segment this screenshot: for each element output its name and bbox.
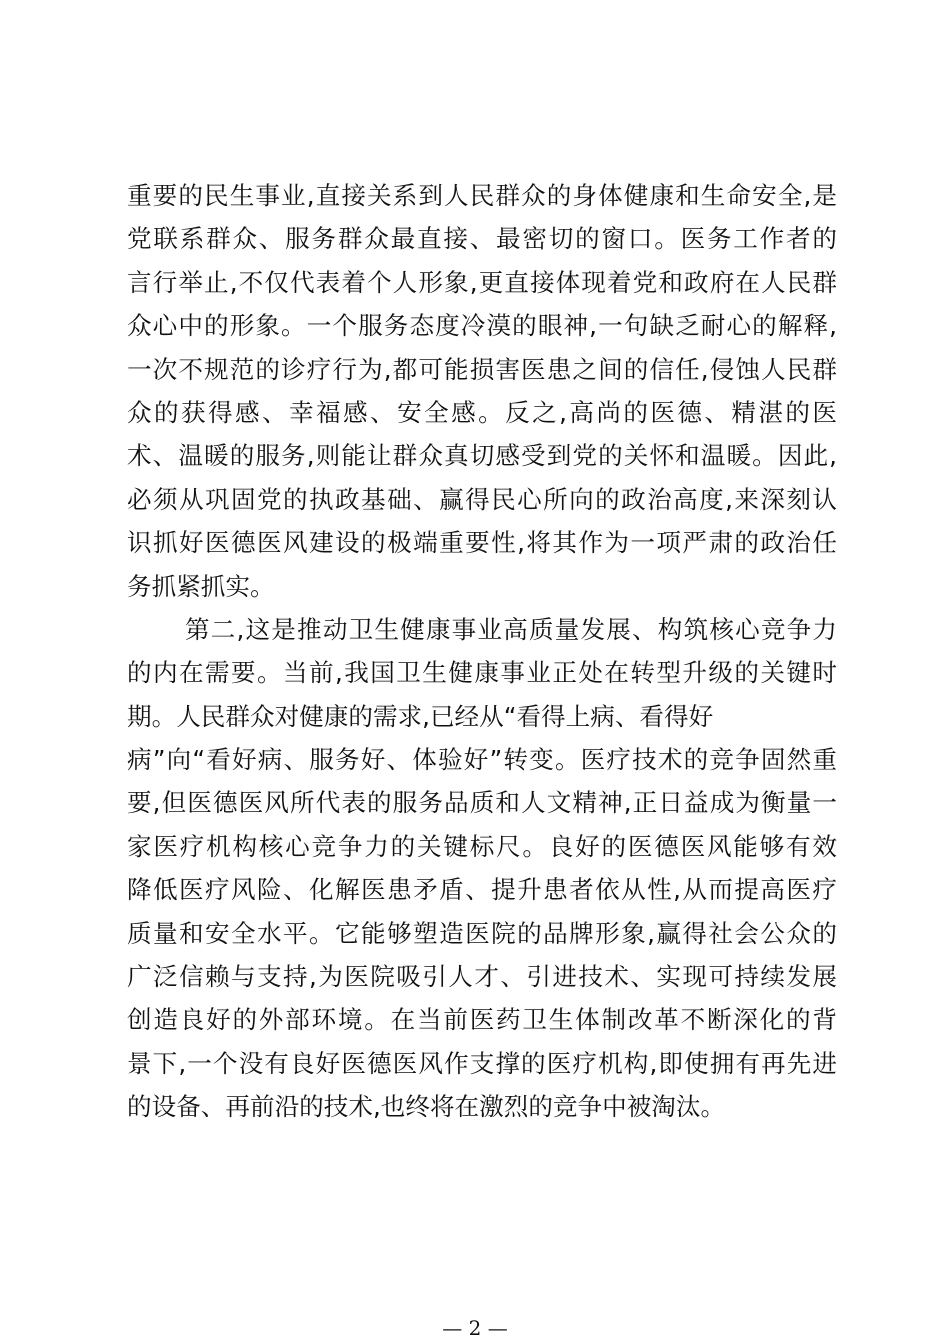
text-line: 众的获得感、幸福感、安全感。反之,高尚的医德、精湛的医 — [127, 391, 837, 434]
text-line: 家医疗机构核心竞争力的关键标尺。良好的医德医风能够有效 — [127, 825, 837, 868]
text-line: 降低医疗风险、化解医患矛盾、提升患者依从性,从而提高医疗 — [127, 868, 837, 911]
text-line: 景下,一个没有良好医德医风作支撑的医疗机构,即使拥有再先进 — [127, 1042, 837, 1085]
text-line: 党联系群众、服务群众最直接、最密切的窗口。医务工作者的 — [127, 217, 837, 260]
text-line: 的内在需要。当前,我国卫生健康事业正处在转型升级的关键时 — [127, 651, 837, 694]
page-number: — 2 — — [0, 1316, 950, 1340]
text-line: 质量和安全水平。它能够塑造医院的品牌形象,赢得社会公众的 — [127, 912, 837, 955]
text-line: 病”向“看好病、服务好、体验好”转变。医疗技术的竞争固然重 — [127, 738, 837, 781]
document-page: 重要的民生事业,直接关系到人民群众的身体健康和生命安全,是党联系群众、服务群众最… — [0, 0, 950, 1344]
text-line: 言行举止,不仅代表着个人形象,更直接体现着党和政府在人民群 — [127, 261, 837, 304]
text-line: 必须从巩固党的执政基础、赢得民心所向的政治高度,来深刻认 — [127, 478, 837, 521]
text-line: 要,但医德医风所代表的服务品质和人文精神,正日益成为衡量一 — [127, 781, 837, 824]
text-line: 广泛信赖与支持,为医院吸引人才、引进技术、实现可持续发展 — [127, 955, 837, 998]
text-line: 术、温暖的服务,则能让群众真切感受到党的关怀和温暖。因此, — [127, 434, 837, 477]
text-line: 务抓紧抓实。 — [127, 565, 837, 608]
text-line: 识抓好医德医风建设的极端重要性,将其作为一项严肃的政治任 — [127, 521, 837, 564]
text-line: 众心中的形象。一个服务态度冷漠的眼神,一句缺乏耐心的解释, — [127, 304, 837, 347]
text-line: 的设备、再前沿的技术,也终将在激烈的竞争中被淘汰。 — [127, 1085, 837, 1128]
paragraph-first-line: 第二,这是推动卫生健康事业高质量发展、构筑核心竞争力 — [127, 608, 837, 651]
text-line: 创造良好的外部环境。在当前医药卫生体制改革不断深化的背 — [127, 998, 837, 1041]
body-text: 重要的民生事业,直接关系到人民群众的身体健康和生命安全,是党联系群众、服务群众最… — [127, 174, 837, 1129]
text-line: 一次不规范的诊疗行为,都可能损害医患之间的信任,侵蚀人民群 — [127, 348, 837, 391]
text-line: 期。人民群众对健康的需求,已经从“看得上病、看得好 — [127, 695, 837, 738]
text-line: 重要的民生事业,直接关系到人民群众的身体健康和生命安全,是 — [127, 174, 837, 217]
